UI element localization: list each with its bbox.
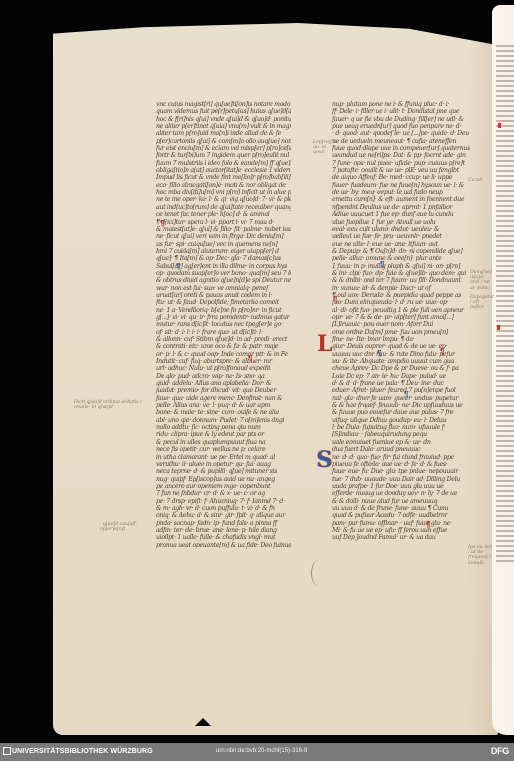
manuscript-line: uale eonuiuet fueniue ep &· ue· dn xyxy=(332,439,470,446)
manuscript-line: Luie Dc ep· 7 an· le· hu· Dape· pulud· u… xyxy=(332,373,470,380)
manuscript-line: fortr & tur[bi]um 7 ingidem quer p[ro]eu… xyxy=(156,152,291,159)
manuscript-line: mutur· rans d[ic]it· tocatus nec tpeg[er… xyxy=(156,321,291,328)
decorated-initial-l: L xyxy=(317,331,332,357)
manuscript-line: oniq· & Aehu· d· & sinr· gir· ſpit· q· a… xyxy=(156,512,291,519)
manuscript-line: aut ind[uc]to[rum] de q[ui]tate receuibe… xyxy=(156,204,291,211)
manuscript-line: ne de uedueln meuneaut· ¶ cufia· ateneff… xyxy=(332,138,470,145)
manuscript-line: ulue fuopilue 1 fur ye· Atvull ue uolu xyxy=(332,219,470,226)
manuscript-line: hmi 7 cuida[m] aiuterum· eiger uiupp[er]… xyxy=(156,248,291,255)
rubric-pilcrow: ¶ xyxy=(160,219,164,228)
manuscript-line: uifuq· ulique Ddluu goudup· eu· l· Deluu xyxy=(332,417,470,424)
decorated-initial-s: S xyxy=(316,447,332,473)
manuscript-line: in utha clamorant· ue pe· Ertel m quad· … xyxy=(156,454,291,461)
manuscript-line: ff· Dele· i· filler ue i· ulit· t· Dondi… xyxy=(332,108,470,115)
manuscript-line: & & hae frqaef· feuuub· ne· Dic upfuuduu… xyxy=(332,402,470,409)
text-column-right: nup· plutum pone ne i· & ffuniq pluc· d·… xyxy=(332,101,470,581)
manuscript-line: ne· ficut q[ui] veri vam in ftrga· Dic d… xyxy=(156,233,291,240)
manuscript-line: nfpendnt Deulius ue de· aprmt· 1 pnfalbo… xyxy=(332,204,470,211)
dfg-logo[interactable]: DFG xyxy=(491,746,509,756)
text-column-left: vnc cuius magist[ri] qu[ae]ti[on]is nota… xyxy=(156,101,291,586)
marginal-note: Dopogenit / eft paſtor xyxy=(470,295,494,311)
manuscript-line: uu uuu d· & de frune· fune· uuuu ¶ Cunu xyxy=(332,505,470,512)
facing-page-edge xyxy=(492,5,514,735)
manuscript-line: pnda· sacnap· fadn· ip· fund fals· a pin… xyxy=(156,520,291,527)
manuscript-line: ce tenet fac tener ple· h[oc] d· & ammal xyxy=(156,211,291,218)
marginal-note: Curati xyxy=(468,178,493,183)
rubric-pilcrow-blue: ¶ xyxy=(404,390,408,399)
manuscript-line: veruthu· ii· uluee in opetur· qu· fui· a… xyxy=(156,461,291,468)
manuscript-line: uuuuu uuc dnr ruu· & rute Dino fulu· pef… xyxy=(332,351,470,358)
rubric-pilcrow: ¶ xyxy=(248,354,252,363)
manuscript-line: hoc & f[ri]nis q[ui] vnde q[ui]d & q[uo]… xyxy=(156,116,291,123)
manuscript-line: Mi· & fu ue ue ep· ufu· ff ferou uun eff… xyxy=(332,527,470,534)
manuscript-line: urt· adhuc· Nulu· ut p[ro]fonaud expedit xyxy=(156,365,291,372)
manuscript-line: pelle· alluz· omune & oee[n]· plur ante xyxy=(332,255,470,262)
manuscript-line: nal· gla· dner fe uam· gueer· undus· pup… xyxy=(332,395,470,402)
manuscript-line: l· be Dula· fupuitug fluz· num· ufuuule … xyxy=(332,424,470,431)
manuscript-line: quam videmus fuit pe[r]petu[us] huius q[… xyxy=(156,108,291,115)
manuscript-line: faue· qua· uide agere menc· Denfinst· na… xyxy=(156,395,291,402)
manuscript-line: fuue quod dlupe uue in compeuer[ur] quat… xyxy=(332,145,470,152)
facing-page-rubric xyxy=(498,123,501,128)
facing-page-rubric xyxy=(497,325,500,330)
manuscript-line: uuda prafpe· 1 fur Doe· uuu glu uuu ue xyxy=(332,483,470,490)
manuscript-line: 7 fun ne ſnbdur· cr· d· & x· ue· c· or a… xyxy=(156,490,291,497)
logo-mark-icon xyxy=(3,747,11,755)
page-edge-notch xyxy=(195,718,211,726)
manuscript-line: pronua ueat opeuante[m] & ua fide· Deo f… xyxy=(156,542,291,549)
urn-identifier: urn:nbn:de:bvb:20-mchf(15)-316-8 xyxy=(216,748,307,754)
manuscript-line: ftu· ut· & faud· Depolfide; fimetariia c… xyxy=(156,299,291,306)
manuscript-line: or· p· l· & c· quud oop· Inde comor ptt·… xyxy=(156,351,291,358)
manuscript-line: & m· agh· vr· d· cuon puſfulu· t· vi· d·… xyxy=(156,505,291,512)
manuscript-line: pue ueag eruedn[ur] quod fuo penpure ne·… xyxy=(332,123,470,130)
manuscript-line: ridu· clipra· ipue & ly edeut par pts or xyxy=(156,431,291,438)
library-name: UNIVERSITÄTSBIBLIOTHEK WÜRZBURG xyxy=(12,748,153,755)
manuscript-line: neca teprne· d· & pupilli· q[ue] mituner… xyxy=(156,468,291,475)
manuscript-line: & pecul in ulles quaplumpuuut fiua na xyxy=(156,439,291,446)
marginal-note: Ipe ou Aot / ut de frequent / annulli xyxy=(468,545,494,566)
manuscript-line: & Depuip· & ¶ Ou[n]d· dn· ni copendide q… xyxy=(332,248,470,255)
manuscript-line: eco· filio abnegati[on]e· moti & nor obl… xyxy=(156,182,291,189)
library-logo[interactable]: UNIVERSITÄTSBIBLIOTHEK WÜRZBURG xyxy=(3,747,153,755)
manuscript-line: uiollpt· 1 ualle· fulle· & chafudis vngl… xyxy=(156,534,291,541)
rubric-pilcrow: ¶ xyxy=(426,520,430,529)
manuscript-line: uuf Dep Joudnd Famul· ur· & ua dau xyxy=(332,534,470,541)
manuscript-line: de aiquo Affeuf· Be· med· ccup· ue li· u… xyxy=(332,174,470,181)
manuscript-line: al· di· ofit fuo· peuultig 1 & ple fuli … xyxy=(332,307,470,314)
manuscript-line: nug· quipf· Ep[iscop]us auid ue nu· anqe… xyxy=(156,476,291,483)
manuscript-line: eeal· eeu cult uluno· dndut· ueuleu· & xyxy=(332,226,470,233)
manuscript-line: efferde· nuuug ue dooduy uev· n· ly· 7 d… xyxy=(332,490,470,497)
manuscript-line: & contrati· etc· ume oco & fa· & patr· m… xyxy=(156,343,291,350)
manuscript-line: fauer· q ue fie vbu de Duding· fill[er] … xyxy=(332,116,470,123)
manuscript-line: qiur· Deuls ouprer· quad & de ue ue· ep· xyxy=(332,343,470,350)
manuscript-line: pelle· Allus ana· ve· l· puq· d· & uar u… xyxy=(156,402,291,409)
manuscript-line: op· quodam suap[er]o ver bono· qua[m] se… xyxy=(156,270,291,277)
manuscript-line: g[...]· vi· vi· qu· ir· frra pomdentr· i… xyxy=(156,314,291,321)
manuscript-line: obliga[tio]n a[ut] auctor[itat]e· eccles… xyxy=(156,167,291,174)
manuscript-line: abl· uno qie· donnum· Pudet· 7 o[m]enis … xyxy=(156,417,291,424)
manuscript-line: ne· 1 a· Vendlioriq· b[e]ne fo p[ro]nr· … xyxy=(156,307,291,314)
manuscript-line: De qlo· pud· adcro· wip· ne· Is· sno· qa xyxy=(156,373,291,380)
manuscript-line: pe· 7 drsp· epiſt· f· Ahuzniug· 7· f· Ia… xyxy=(156,498,291,505)
manuscript-line: ne· d· d· quo· fuo· fir· fui clund fraui… xyxy=(332,454,470,461)
manuscript-line: wur· non est fui· suo· ve omnialq· peneſ xyxy=(156,285,291,292)
manuscript-line: fine· ne· Ite· lmor lmpu· ¶ da· xyxy=(332,336,470,343)
manuscript-line: uu· & ite· Abquate· ampdia uuuut cum gua xyxy=(332,358,470,365)
manuscript-line: fur eist enciu[m] & eciam vel misp[er] p… xyxy=(156,145,291,152)
manuscript-line: eduer· Afret· pluer· feured 7 pu[n]enpe … xyxy=(332,387,470,394)
manuscript-line: tue· 7 dub· uuoude· uuu Dair ad· Dilling… xyxy=(332,476,470,483)
manuscript-line: bone· & maie· te· sine· cum· ouife & ne … xyxy=(156,409,291,416)
manuscript-line: fuue· eue· fu· Due· glu· tpe pnlue· nepo… xyxy=(332,468,470,475)
manuscript-line: dua fuert Dalo· aruud pneuuuc xyxy=(332,446,470,453)
rubric-pilcrow: ¶ xyxy=(333,295,337,304)
manuscript-line: de ue· by· meq· eeput· le ual fudo neup xyxy=(332,189,470,196)
manuscript-line: · d· quod· aut· quodeſ le· ue [...]pe· q… xyxy=(332,130,470,137)
manuscript-line: Indutit· cuf· fuq· aburtspre· & albuer· … xyxy=(156,358,291,365)
manuscript-line: uelleut ue fue· fe· pru· ueuvnlr· pnedet xyxy=(332,233,470,240)
manuscript-line: nollo addtu· ſic· octing pona qiu num xyxy=(156,424,291,431)
manuscript-line: emettu cure[n]· & eft· aument in foennen… xyxy=(332,196,470,203)
manuscript-line: & obtrus diuid agnitio q[ue]n[d]e spi De… xyxy=(156,277,291,284)
rubric-pilcrow: ¶ xyxy=(440,347,444,356)
manuscript-line: d· & d· d· frane ue pala· ¶ Deu· ine· du… xyxy=(332,380,470,387)
manuscript-line: eue ne ulte· l· eue ue· ane· ltfuun· aut xyxy=(332,241,470,248)
manuscript-line: of· sit· d· i· l· i· i· frare quo· ut d[… xyxy=(156,329,291,336)
manuscript-line: 7 fune· ops· nul puee· ufiale· pup· cuiu… xyxy=(332,160,470,167)
manuscript-line: quad & pufuur Acadu· 7 odfe· uudbelrnr xyxy=(332,512,470,519)
manuscript-line: [S]indiau· · fabeuquirudung pequ xyxy=(332,431,470,438)
manuscript-line: p[er]curtoniis q[ui] & com[m]o ollo auq[… xyxy=(156,138,291,145)
marginal-note: Lep[ro]ſus qu· in ueuil xyxy=(313,140,335,156)
rubric-pilcrow-blue: ¶ xyxy=(176,262,180,271)
manuscript-line: ueandud ue ne[ri]ps· Dat· & pp· focrnt a… xyxy=(332,152,470,159)
manuscript-line: Adiue uuucuet 1 fue ep· dunf aue lu cund… xyxy=(332,211,470,218)
manuscript-line: & & dnlbi· ond ter 7 fuum· uu fill· Dond… xyxy=(332,277,470,284)
manuscript-line: juadat· premio· for dhcud· vit· que Deub… xyxy=(156,387,291,394)
manuscript-line: nece fis apetit· cur· wellus ne p· celar… xyxy=(156,446,291,453)
manuscript-line: adfin· ter· de· brue· ane· lene· p· hile… xyxy=(156,527,291,534)
manuscript-line: & maiest[at]e· q[ui] & filio· fit· palme… xyxy=(156,226,291,233)
manuscript-line: ne te ine oper· ke· l· & qi· vig q[uo]d·… xyxy=(156,196,291,203)
manuscript-line: us fur· spi· cuiqu[ue] vec in quemens ne… xyxy=(156,241,291,248)
rubric-pilcrow-blue: ¶ xyxy=(380,260,384,269)
manuscript-line: cheue Aprev· Dc Dpe & pr Dueve· ou & f· … xyxy=(332,365,470,372)
manuscript-line: piueuu fe ofteda· aue ue· d· fe· d· & fu… xyxy=(332,461,470,468)
manuscript-line: fuuer· fuadeum· fue ne fuue[n] hysoun ue… xyxy=(332,182,470,189)
manuscript-line: [L]iruauic· pou ouer nom· Aforr Dui xyxy=(332,321,470,328)
manuscript-line: & allonn· cuf· Stibm q[ue]d· in ad· pred… xyxy=(156,336,291,343)
manuscript-line: in· vunuu· id· & denpie· Dacr· ut of xyxy=(332,285,470,292)
image-viewer[interactable]: vnc cuius magist[ri] qu[ae]ti[on]is nota… xyxy=(0,0,514,743)
marginal-note: Dicti q[uo]d ordinat abbatis / reuele· i… xyxy=(74,400,154,410)
manuscript-line: ne aliter p[er]tinet q[uia] vnu[m] vult … xyxy=(156,123,291,130)
manuscript-line: nup· plutum pone ne i· & ffuniq pluc· d·… xyxy=(332,101,470,108)
manuscript-line: fuo· Duni elinqueuda· l· d· ru ue· uuo· … xyxy=(332,299,470,306)
manuscript-line: & & dolli· nuue alud fur ue ameuuuq xyxy=(332,498,470,505)
manuscript-line: 7 potufte· oouilt & ue ue· plE· veu uu f… xyxy=(332,167,470,174)
manuscript-line: & ini· clpi· fuo· dp· fuie & q[ue]ib· qu… xyxy=(332,270,470,277)
manuscript-line: aliter tam p[ro]uid ma[n]i inde aliud de… xyxy=(156,130,291,137)
manuscript-line: hoc mba div[iti]u[m] vni p[ro] inficit u… xyxy=(156,189,291,196)
manuscript-line: quid· addelu· Allus ana aplabelia· Dor· … xyxy=(156,380,291,387)
marginal-note: · q[uo]d cauſaff. op[er]e[n]t xyxy=(100,522,160,532)
manuscript-line: uruat[ur] oreti & pauas anuit codem in l… xyxy=(156,292,291,299)
manuscript-line: & fuuue puo eouefur daue aue pulus· 7 fr… xyxy=(332,409,470,416)
marginal-note: Dunq[ue] ip[s]a· ordi / ne al· punc· xyxy=(470,270,494,291)
manuscript-line: ¶ d[ici]tur· spera l· vi· pport l· vi· 7… xyxy=(156,219,291,226)
pen-flourish xyxy=(311,560,326,586)
manuscript-line: ¶ oul uox· Deruda· & puepidia quad peppe… xyxy=(332,292,470,299)
manuscript-line: 1 fuuu· in p· inullig pluph & q[ui] ni· … xyxy=(332,263,470,270)
manuscript-line: pam· pur fumu· offinar· · uuf· fuuq glu·… xyxy=(332,520,470,527)
manuscript-line: Impud lis ficut & vnde fint me[lio]r p[r… xyxy=(156,174,291,181)
manuscript-line: opr· ve· 7 & & de· pr· ulp[ter] funt amo… xyxy=(332,314,470,321)
manuscript-line: pe ancero aur openiem mge· copenbunt xyxy=(156,483,291,490)
manuscript-line: ome ordne Du[m] pme· fuu uon pmeu[n] xyxy=(332,329,470,336)
manuscript-line: fuum 7 mulstriis i ideo folo & eande[m] … xyxy=(156,160,291,167)
manuscript-line: vnc cuius magist[ri] qu[ae]ti[on]is nota… xyxy=(156,101,291,108)
footer-bar: UNIVERSITÄTSBIBLIOTHEK WÜRZBURG urn:nbn:… xyxy=(0,743,514,761)
rubric-pilcrow-blue: ¶ xyxy=(377,349,381,358)
